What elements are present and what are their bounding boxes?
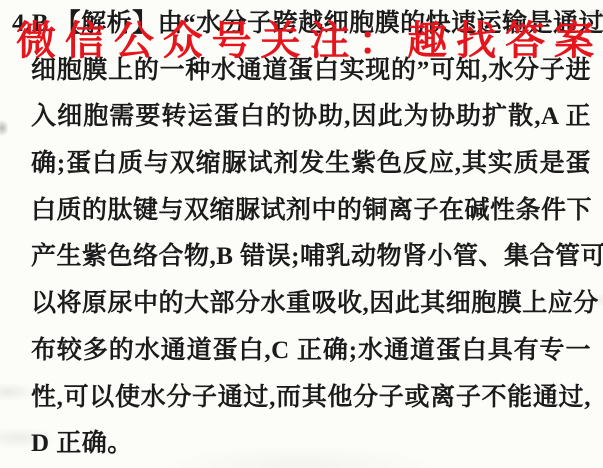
answer-line-7: 以将原尿中的大部分水重吸收,因此其细胞膜上应分: [31, 281, 591, 328]
answer-line-6: 产生紫色络合物,B 错误;哺乳动物肾小管、集合管可: [31, 234, 591, 281]
answer-line-5: 白质的肽键与双缩脲试剂中的铜离子在碱性条件下: [31, 188, 591, 235]
answer-line-10: D 正确。: [31, 421, 591, 468]
answer-line-9: 性,可以使水分子通过,而其他分子或离子不能通过,: [31, 375, 591, 422]
watermark-text: 微信公众号关注：趣找答案: [16, 20, 594, 62]
answer-explanation: 4.B 【解析】由“水分子跨越细胞膜的快速运输是通过 细胞膜上的一种水通道蛋白实…: [0, 1, 603, 468]
answer-line-3: 入细胞需要转运蛋白的协助,因此为协助扩散,A 正: [31, 94, 591, 141]
answer-line-4: 确;蛋白质与双缩脲试剂发生紫色反应,其实质是蛋: [31, 141, 591, 188]
scanned-answer-page: 微信公众号关注：趣找答案 4.B 【解析】由“水分子跨越细胞膜的快速运输是通过 …: [0, 0, 603, 468]
answer-line-8: 布较多的水通道蛋白,C 正确;水通道蛋白具有专一: [31, 328, 591, 375]
